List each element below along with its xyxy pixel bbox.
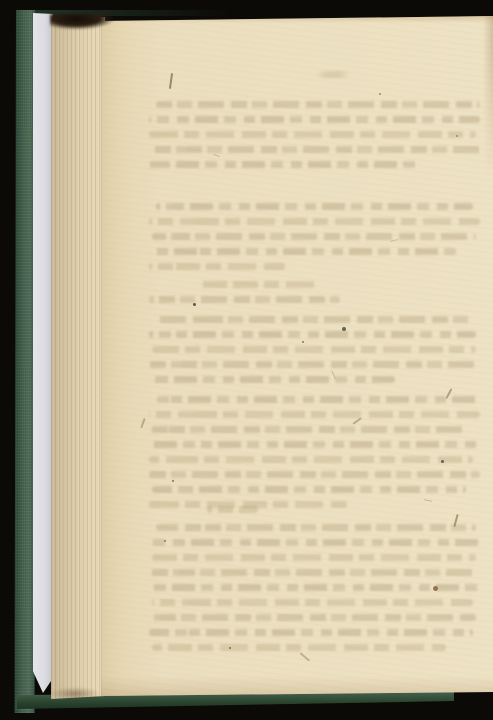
bleed-line bbox=[156, 203, 473, 210]
bleed-line bbox=[152, 599, 473, 606]
paper-speck bbox=[172, 480, 174, 482]
paper-speck bbox=[456, 135, 458, 137]
bleed-line bbox=[149, 471, 480, 478]
bleed-paragraph bbox=[149, 281, 490, 311]
bleed-line bbox=[149, 584, 480, 591]
paper-speck bbox=[433, 586, 438, 591]
bleed-line bbox=[152, 146, 483, 153]
bleed-line bbox=[149, 361, 480, 368]
bleed-line bbox=[149, 116, 480, 123]
bleed-line bbox=[149, 263, 285, 270]
paper-speck bbox=[342, 327, 346, 331]
paper-speck bbox=[193, 303, 196, 306]
bleed-paragraph bbox=[149, 506, 490, 521]
bleed-line bbox=[149, 456, 473, 463]
bleed-line bbox=[149, 426, 466, 433]
paper-speck bbox=[379, 93, 381, 95]
bleed-line bbox=[156, 524, 477, 531]
bleed-through-text bbox=[149, 0, 490, 720]
bleed-line bbox=[149, 131, 476, 138]
bleed-line bbox=[152, 644, 445, 651]
bleed-line bbox=[149, 331, 476, 338]
page-number-ghost bbox=[316, 71, 350, 78]
bleed-line bbox=[152, 441, 479, 448]
gutter-shadow-bottom bbox=[52, 686, 110, 699]
flyleaf-endpaper bbox=[33, 13, 53, 693]
gutter-shadow-top bbox=[50, 14, 132, 31]
scanned-book-photo bbox=[0, 0, 493, 720]
paper-speck bbox=[302, 341, 304, 343]
bleed-line bbox=[149, 411, 480, 418]
bleed-line bbox=[149, 376, 395, 383]
bleed-line bbox=[149, 629, 473, 636]
bleed-paragraph bbox=[149, 203, 490, 278]
bleed-line bbox=[149, 248, 456, 255]
bleed-line bbox=[152, 346, 476, 353]
bleed-line bbox=[152, 486, 466, 493]
bleed-line bbox=[156, 316, 470, 323]
bleed-line bbox=[149, 569, 476, 576]
paper-speck bbox=[229, 647, 231, 649]
bleed-line bbox=[200, 281, 319, 288]
bleed-line bbox=[152, 233, 476, 240]
bleed-paragraph bbox=[149, 524, 490, 659]
stacked-page-edges bbox=[51, 17, 105, 699]
bleed-line bbox=[149, 539, 480, 546]
bleed-line bbox=[149, 161, 422, 168]
paper-speck bbox=[164, 540, 166, 542]
bleed-line bbox=[156, 396, 480, 403]
bleed-line bbox=[149, 218, 480, 225]
bleed-paragraph bbox=[149, 396, 490, 516]
paper-speck bbox=[441, 460, 444, 463]
bleed-line bbox=[149, 614, 476, 621]
bleed-paragraph bbox=[149, 101, 490, 176]
book-cover-cloth-edge bbox=[15, 10, 36, 713]
bleed-line bbox=[156, 101, 480, 108]
bleed-line bbox=[207, 506, 258, 513]
bleed-line bbox=[149, 296, 340, 303]
bleed-paragraph bbox=[149, 316, 490, 391]
bleed-line bbox=[152, 554, 476, 561]
